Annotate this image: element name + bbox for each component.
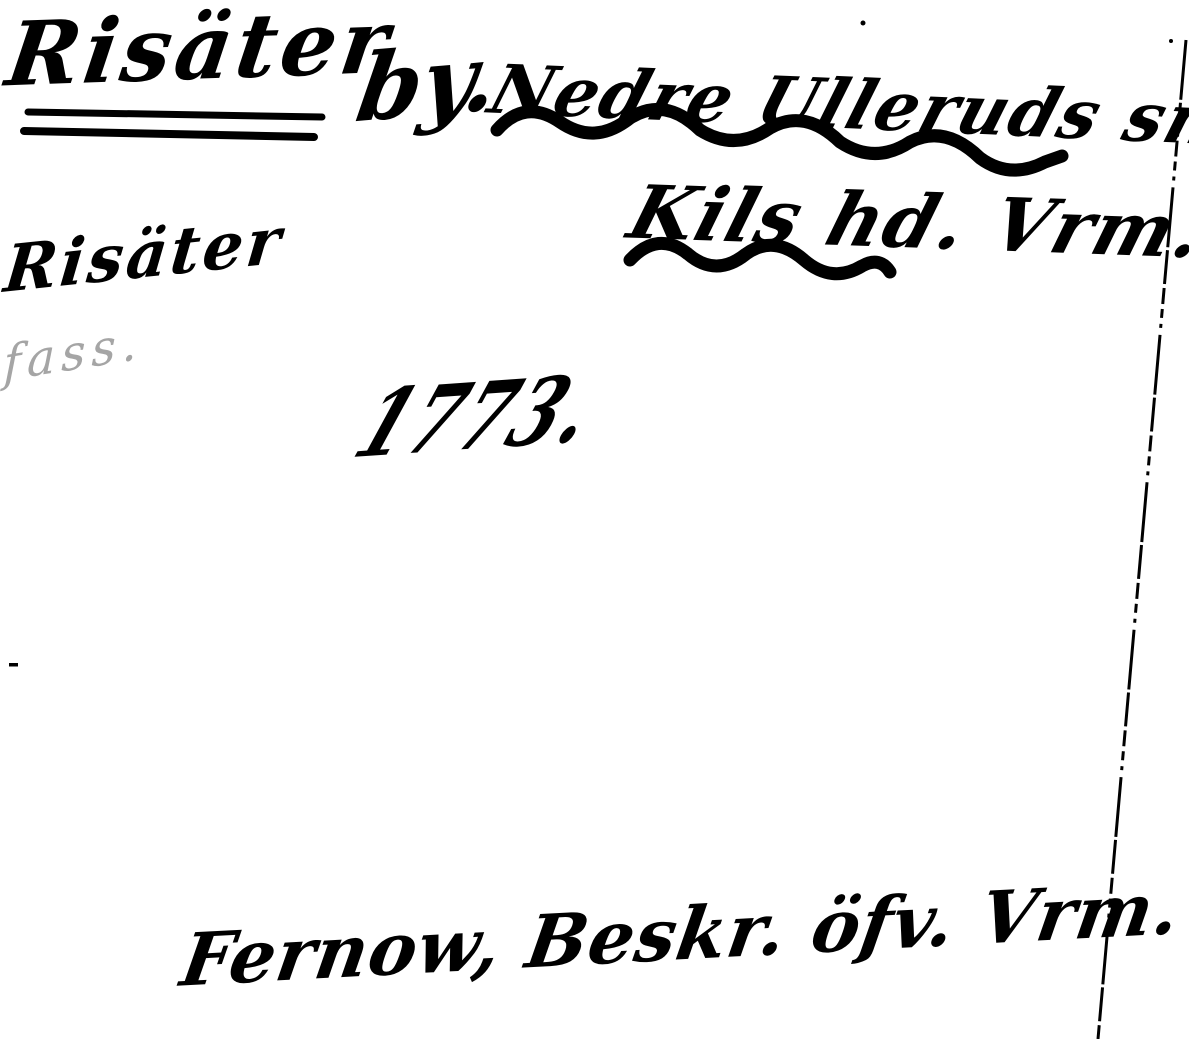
settlement-type-text: by. xyxy=(351,30,505,136)
faint-note-text: fass. xyxy=(3,318,143,389)
year-text: 1773. xyxy=(344,362,611,472)
ink-speck xyxy=(861,21,866,26)
source-reference-text: Fernow, Beskr. öfv. Vrm. xyxy=(176,872,1185,997)
district-text: Kils hd. Vrm. xyxy=(621,176,1189,269)
headword-underline-top xyxy=(28,112,322,117)
parish-text: Nedre Ulleruds sn. xyxy=(482,56,1189,156)
place-name-card: Risäter by. Nedre Ulleruds sn. Kils hd. … xyxy=(0,0,1189,1039)
headword-text: Risäter xyxy=(2,0,398,98)
headword-repeat-text: Risäter xyxy=(1,209,286,303)
ink-speck xyxy=(9,663,18,667)
headword-underline-bottom xyxy=(24,131,314,137)
ink-speck xyxy=(1169,39,1173,43)
